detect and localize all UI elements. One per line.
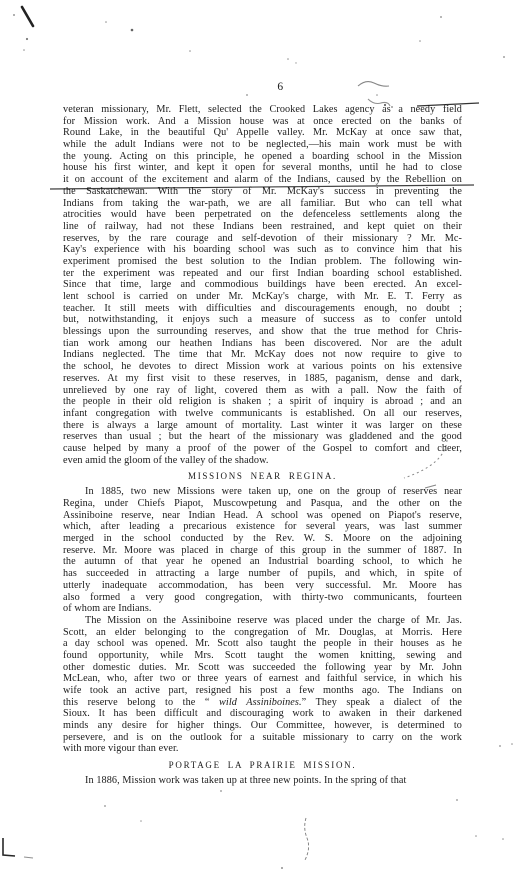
text-line: which, after leading a precarious existe… bbox=[63, 521, 462, 533]
text-line: Since that time, large and commodious bu… bbox=[63, 279, 462, 291]
text-line: reserve. Mr. Moore was placed in charge … bbox=[63, 545, 462, 557]
text-line: veteran missionary, Mr. Flett, selected … bbox=[63, 104, 462, 116]
text-line: Scott, an elder belonging to the congreg… bbox=[63, 627, 462, 639]
ink-mark-diagonal bbox=[22, 7, 33, 26]
text-line: merged in the school conducted by the Re… bbox=[63, 533, 462, 545]
text-line: the Saskatchewan. With the story of Mr. … bbox=[63, 186, 462, 198]
text-line: the young. Acting on this principle, he … bbox=[63, 151, 462, 163]
section-heading: MISSIONS NEAR REGINA. bbox=[63, 471, 462, 482]
text-line: Regina, under Chiefs Piapot, Muscowpetun… bbox=[63, 498, 462, 510]
text-line: atrocities would have been perpetrated o… bbox=[63, 209, 462, 221]
text-line: infant congregation with twelve communic… bbox=[63, 408, 462, 420]
section-heading: PORTAGE LA PRAIRIE MISSION. bbox=[63, 760, 462, 771]
ink-mark-corner-bracket bbox=[3, 838, 15, 856]
text-line: the autumn of that year he opened an Ind… bbox=[63, 556, 462, 568]
text-line: The Mission on the Assiniboine reserve w… bbox=[63, 615, 462, 627]
text-line: Indians from taking the war-path, we are… bbox=[63, 198, 462, 210]
text-line: it on account of the excitement and alar… bbox=[63, 174, 462, 186]
paragraph: The Mission on the Assiniboine reserve w… bbox=[63, 615, 462, 755]
text-line: a day school was opened. Mr. Scott also … bbox=[63, 638, 462, 650]
text-line: Assiniboine reserve, near Indian Head. A… bbox=[63, 510, 462, 522]
text-line: also formed a very good congregation, wi… bbox=[63, 592, 462, 604]
text-line: reserves, by the rare courage and self-d… bbox=[63, 233, 462, 245]
text-line: utterly inadequate accommodation, has be… bbox=[63, 580, 462, 592]
text-line: wife took an active part, resigned his p… bbox=[63, 685, 462, 697]
text-line: line of railway, had not these Indians b… bbox=[63, 221, 462, 233]
text-line: tian work among our heathen Indians has … bbox=[63, 338, 462, 350]
text-line: even amid the gloom of the valley of the… bbox=[63, 455, 462, 467]
text-line: In 1886, Mission work was taken up at th… bbox=[63, 775, 462, 787]
text-line: for Mission work. And a Mission house wa… bbox=[63, 116, 462, 128]
text-line: with more vigour than ever. bbox=[63, 743, 462, 755]
text-line: Indians neglected. The time that Mr. McK… bbox=[63, 349, 462, 361]
text-line: other domestic duties. Mr. Scott was suc… bbox=[63, 662, 462, 674]
ink-mark-dash bbox=[24, 857, 33, 858]
text-line: McLean, who, after two or three years of… bbox=[63, 673, 462, 685]
text-line: Round Lake, in the beautiful Qu' Appelle… bbox=[63, 127, 462, 139]
scanned-document-page: 6 veteran missionary, Mr. Flett, selecte… bbox=[0, 0, 522, 872]
text-block: veteran missionary, Mr. Flett, selected … bbox=[63, 104, 462, 787]
text-line: ter the experiment was repeated and our … bbox=[63, 268, 462, 280]
text-line: Kay's experience with his boarding schoo… bbox=[63, 244, 462, 256]
text-line: but, notwithstanding, it enjoys such a m… bbox=[63, 314, 462, 326]
text-line: while the adult Indians were not to be n… bbox=[63, 139, 462, 151]
text-line: minds any desire for higher things. Our … bbox=[63, 720, 462, 732]
text-line: lent school is carried on under Mr. McKa… bbox=[63, 291, 462, 303]
text-line: blessings upon the surrounding reserves,… bbox=[63, 326, 462, 338]
page-number: 6 bbox=[81, 81, 480, 93]
text-line: cause helped by many a proof of the powe… bbox=[63, 443, 462, 455]
text-line: persevere, and is on the outlook for a s… bbox=[63, 732, 462, 744]
text-line: of whom are Indians. bbox=[63, 603, 462, 615]
paragraph: veteran missionary, Mr. Flett, selected … bbox=[63, 104, 462, 466]
text-line: this reserve belong to the “ wild Assini… bbox=[63, 697, 462, 709]
ink-mark-squiggle bbox=[305, 818, 309, 860]
text-line: there is always a large amount of mortal… bbox=[63, 420, 462, 432]
text-line: found opportunity, while Mrs. Scott taug… bbox=[63, 650, 462, 662]
text-line: the people in their old religion is shak… bbox=[63, 396, 462, 408]
text-line: unrelieved by one ray of light, covered … bbox=[63, 385, 462, 397]
text-line: has succeeded in attracting a large numb… bbox=[63, 568, 462, 580]
text-line: Sioux. It has been difficult and discour… bbox=[63, 708, 462, 720]
text-line: reserves. At my first visit to these res… bbox=[63, 373, 462, 385]
text-line: house his first winter, and kept it open… bbox=[63, 162, 462, 174]
text-line: experiment promised the best solution to… bbox=[63, 256, 462, 268]
text-line: the school, he devotes to direct Mission… bbox=[63, 361, 462, 373]
text-line: In 1885, two new Missions were taken up,… bbox=[63, 486, 462, 498]
paragraph: In 1885, two new Missions were taken up,… bbox=[63, 486, 462, 615]
text-line: teacher. It still meets with difficultie… bbox=[63, 303, 462, 315]
text-line: reserves than usual ; but the heart of t… bbox=[63, 431, 462, 443]
paragraph: In 1886, Mission work was taken up at th… bbox=[63, 775, 462, 787]
